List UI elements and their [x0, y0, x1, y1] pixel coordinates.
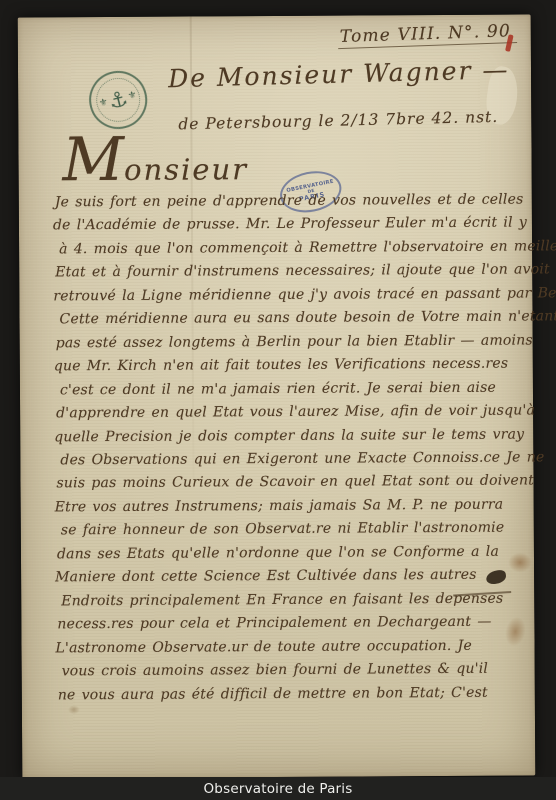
- manuscript-line: necess.res pour cela et Principalement e…: [57, 611, 525, 637]
- paper-stain: [508, 552, 532, 572]
- manuscript-line: que Mr. Kirch n'en ait fait toutes les V…: [54, 353, 524, 379]
- letter-dateline: de Petersbourg le 2/13 7bre 42. nst.: [178, 108, 498, 134]
- letter-body: Je suis fort en peine d'apprendre de vos…: [55, 188, 526, 707]
- manuscript-line: Etat et à fournir d'instrumens necessair…: [55, 259, 523, 285]
- manuscript-line: Cette méridienne aura eu sans doute beso…: [59, 306, 523, 332]
- manuscript-line: Etre vos autres Instrumens; mais jamais …: [55, 493, 525, 519]
- manuscript-line: L'astronome Observate.ur de toute autre …: [55, 634, 525, 660]
- manuscript-line: c'est ce dont il ne m'a jamais rien écri…: [60, 376, 524, 402]
- photo-caption: Observatoire de Paris: [203, 781, 352, 797]
- manuscript-line: ne vous aura pas été difficil de mettre …: [58, 681, 526, 707]
- archive-tome-mark: Tome VIII. N°. 90: [337, 21, 517, 49]
- manuscript-line: Endroits principalement En France en fai…: [61, 587, 525, 613]
- archive-photo: Tome VIII. N°. 90 ⚜ ⚓ ⚜ De Monsieur Wagn…: [0, 0, 556, 800]
- manuscript-line: pas esté assez longtems à Berlin pour la…: [56, 329, 524, 355]
- manuscript-page: Tome VIII. N°. 90 ⚜ ⚓ ⚜ De Monsieur Wagn…: [18, 14, 536, 778]
- manuscript-line: retrouvé la Ligne méridienne que j'y avo…: [53, 282, 523, 308]
- anchor-icon: ⚓: [106, 87, 129, 112]
- manuscript-line: des Observations qui en Exigeront une Ex…: [60, 446, 524, 472]
- anchor-stamp-emblem: ⚜ ⚓ ⚜: [97, 85, 140, 115]
- paper-stain: [68, 705, 80, 714]
- fleur-de-lis-icon: ⚜: [98, 98, 109, 110]
- manuscript-line: dans ses Etats qu'elle n'ordonne que l'o…: [57, 540, 525, 566]
- manuscript-line: quelle Precision je dois compter dans la…: [54, 423, 524, 449]
- manuscript-line: Maniere dont cette Science Est Cultivée …: [55, 564, 525, 590]
- letter-salutation: Monsieur: [62, 132, 248, 187]
- manuscript-line: d'apprendre en quel Etat vous l'aurez Mi…: [56, 400, 524, 426]
- manuscript-line: Je suis fort en peine d'apprendre de vos…: [55, 188, 523, 214]
- manuscript-line: suis pas moins Curieux de Scavoir en que…: [56, 470, 524, 496]
- manuscript-line: se faire honneur de son Observat.re ni E…: [61, 517, 525, 543]
- manuscript-line: de l'Académie de prusse. Mr. Le Professe…: [53, 212, 523, 238]
- photo-caption-bar: Observatoire de Paris: [0, 777, 556, 800]
- fleur-de-lis-icon: ⚜: [127, 90, 138, 102]
- manuscript-line: à 4. mois que l'on commençoit à Remettre…: [59, 235, 523, 261]
- letter-sender-heading: De Monsieur Wagner —: [168, 55, 510, 93]
- manuscript-line: vous crois aumoins assez bien fourni de …: [62, 658, 526, 684]
